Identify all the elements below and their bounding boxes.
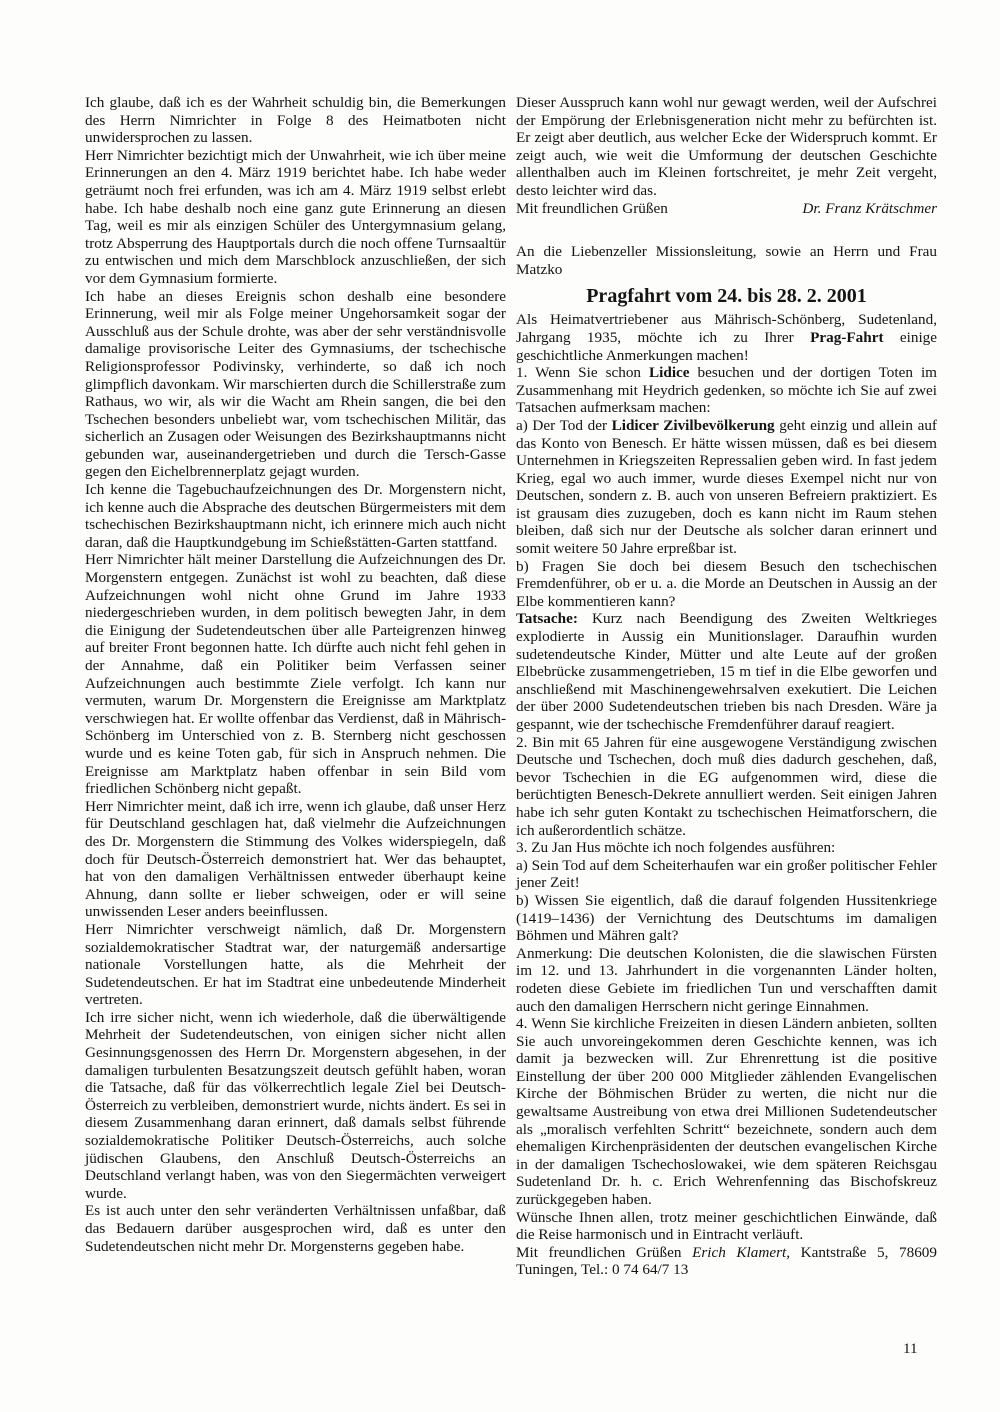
text-run: Kurz nach Beendigung des Zweiten Weltkri…: [516, 610, 937, 733]
right-column: Dieser Ausspruch kann wohl nur gewagt we…: [516, 94, 937, 1279]
paragraph: Ich habe an dieses Ereignis schon deshal…: [85, 288, 506, 482]
text-run: b) Wissen Sie eigentlich, daß die darauf…: [516, 892, 937, 944]
text-run: 4. Wenn Sie kirchliche Freizeiten in die…: [516, 1015, 937, 1208]
document-page: Ich glaube, daß ich es der Wahrheit schu…: [0, 0, 1000, 1412]
paragraph: Es ist auch unter den sehr veränderten V…: [85, 1202, 506, 1255]
bold-text-run: Prag-Fahrt: [810, 329, 883, 346]
text-run: Dieser Ausspruch kann wohl nur gewagt we…: [516, 94, 937, 199]
paragraph: a) Der Tod der Lidicer Zivilbevölkerung …: [516, 417, 937, 558]
page-number: 11: [903, 1340, 918, 1358]
text-columns: Ich glaube, daß ich es der Wahrheit schu…: [85, 94, 937, 1279]
text-run: 1. Wenn Sie schon: [516, 364, 649, 381]
paragraph: b) Wissen Sie eigentlich, daß die darauf…: [516, 892, 937, 945]
paragraph: An die Liebenzeller Missionsleitung, sow…: [516, 243, 937, 278]
paragraph: a) Sein Tod auf dem Scheiterhaufen war e…: [516, 857, 937, 892]
text-run: Ich glaube, daß ich es der Wahrheit schu…: [85, 94, 506, 146]
paragraph: 1. Wenn Sie schon Lidice besuchen und de…: [516, 364, 937, 417]
text-run: Herr Nimrichter bezichtigt mich der Unwa…: [85, 147, 506, 287]
text-run: Mit freundlichen Grüßen: [516, 1244, 692, 1261]
paragraph: Wünsche Ihnen allen, trotz meiner geschi…: [516, 1209, 937, 1244]
text-run: Wünsche Ihnen allen, trotz meiner geschi…: [516, 1209, 937, 1244]
left-column: Ich glaube, daß ich es der Wahrheit schu…: [85, 94, 506, 1279]
text-run: geht einzig und allein auf das Konto von…: [516, 417, 937, 557]
paragraph: Tatsache: Kurz nach Beendigung des Zweit…: [516, 610, 937, 733]
paragraph: Anmerkung: Die deutschen Kolonisten, die…: [516, 945, 937, 1015]
text-run: a) Der Tod der: [516, 417, 612, 434]
text-run: a) Sein Tod auf dem Scheiterhaufen war e…: [516, 857, 937, 892]
paragraph: Dieser Ausspruch kann wohl nur gewagt we…: [516, 94, 937, 200]
text-run: Herr Nimrichter meint, daß ich irre, wen…: [85, 798, 506, 921]
article-title: Pragfahrt vom 24. bis 28. 2. 2001: [516, 285, 937, 308]
signoff-line: Mit freundlichen GrüßenDr. Franz Krätsch…: [516, 200, 937, 218]
paragraph: Herr Nimrichter bezichtigt mich der Unwa…: [85, 147, 506, 288]
text-run: Herr Nimrichter verschweigt nämlich, daß…: [85, 921, 506, 1008]
signoff-greeting: Mit freundlichen Grüßen: [516, 200, 668, 218]
paragraph: Herr Nimrichter verschweigt nämlich, daß…: [85, 921, 506, 1009]
paragraph: 4. Wenn Sie kirchliche Freizeiten in die…: [516, 1015, 937, 1209]
text-run: An die Liebenzeller Missionsleitung, sow…: [516, 243, 937, 278]
paragraph: Ich irre sicher nicht, wenn ich wiederho…: [85, 1009, 506, 1203]
text-run: Ich habe an dieses Ereignis schon deshal…: [85, 288, 506, 481]
paragraph: Ich kenne die Tagebuchaufzeichnungen des…: [85, 481, 506, 551]
paragraph: Herr Nimrichter meint, daß ich irre, wen…: [85, 798, 506, 921]
text-run: Herr Nimrichter hält meiner Darstellung …: [85, 551, 506, 797]
paragraph: 3. Zu Jan Hus möchte ich noch folgendes …: [516, 839, 937, 857]
text-run: Anmerkung: Die deutschen Kolonisten, die…: [516, 945, 937, 1015]
text-run: 3. Zu Jan Hus möchte ich noch folgendes …: [516, 839, 835, 856]
text-run: b) Fragen Sie doch bei diesem Besuch den…: [516, 558, 937, 610]
paragraph: Ich glaube, daß ich es der Wahrheit schu…: [85, 94, 506, 147]
paragraph: Als Heimatvertriebener aus Mährisch-Schö…: [516, 311, 937, 364]
text-run: Es ist auch unter den sehr veränderten V…: [85, 1202, 506, 1254]
bold-text-run: Tatsache:: [516, 610, 578, 627]
bold-text-run: Lidicer Zivilbevölkerung: [612, 417, 775, 434]
paragraph: Herr Nimrichter hält meiner Darstellung …: [85, 551, 506, 797]
italic-text-run: Erich Klamert,: [692, 1244, 790, 1261]
text-run: 2. Bin mit 65 Jahren für eine ausgewogen…: [516, 734, 937, 839]
text-run: Ich kenne die Tagebuchaufzeichnungen des…: [85, 481, 506, 551]
paragraph: b) Fragen Sie doch bei diesem Besuch den…: [516, 558, 937, 611]
paragraph: Mit freundlichen Grüßen Erich Klamert, K…: [516, 1244, 937, 1279]
text-run: Ich irre sicher nicht, wenn ich wiederho…: [85, 1009, 506, 1202]
signoff-signature: Dr. Franz Krätschmer: [802, 200, 937, 218]
bold-text-run: Lidice: [649, 364, 690, 381]
paragraph: 2. Bin mit 65 Jahren für eine ausgewogen…: [516, 734, 937, 840]
